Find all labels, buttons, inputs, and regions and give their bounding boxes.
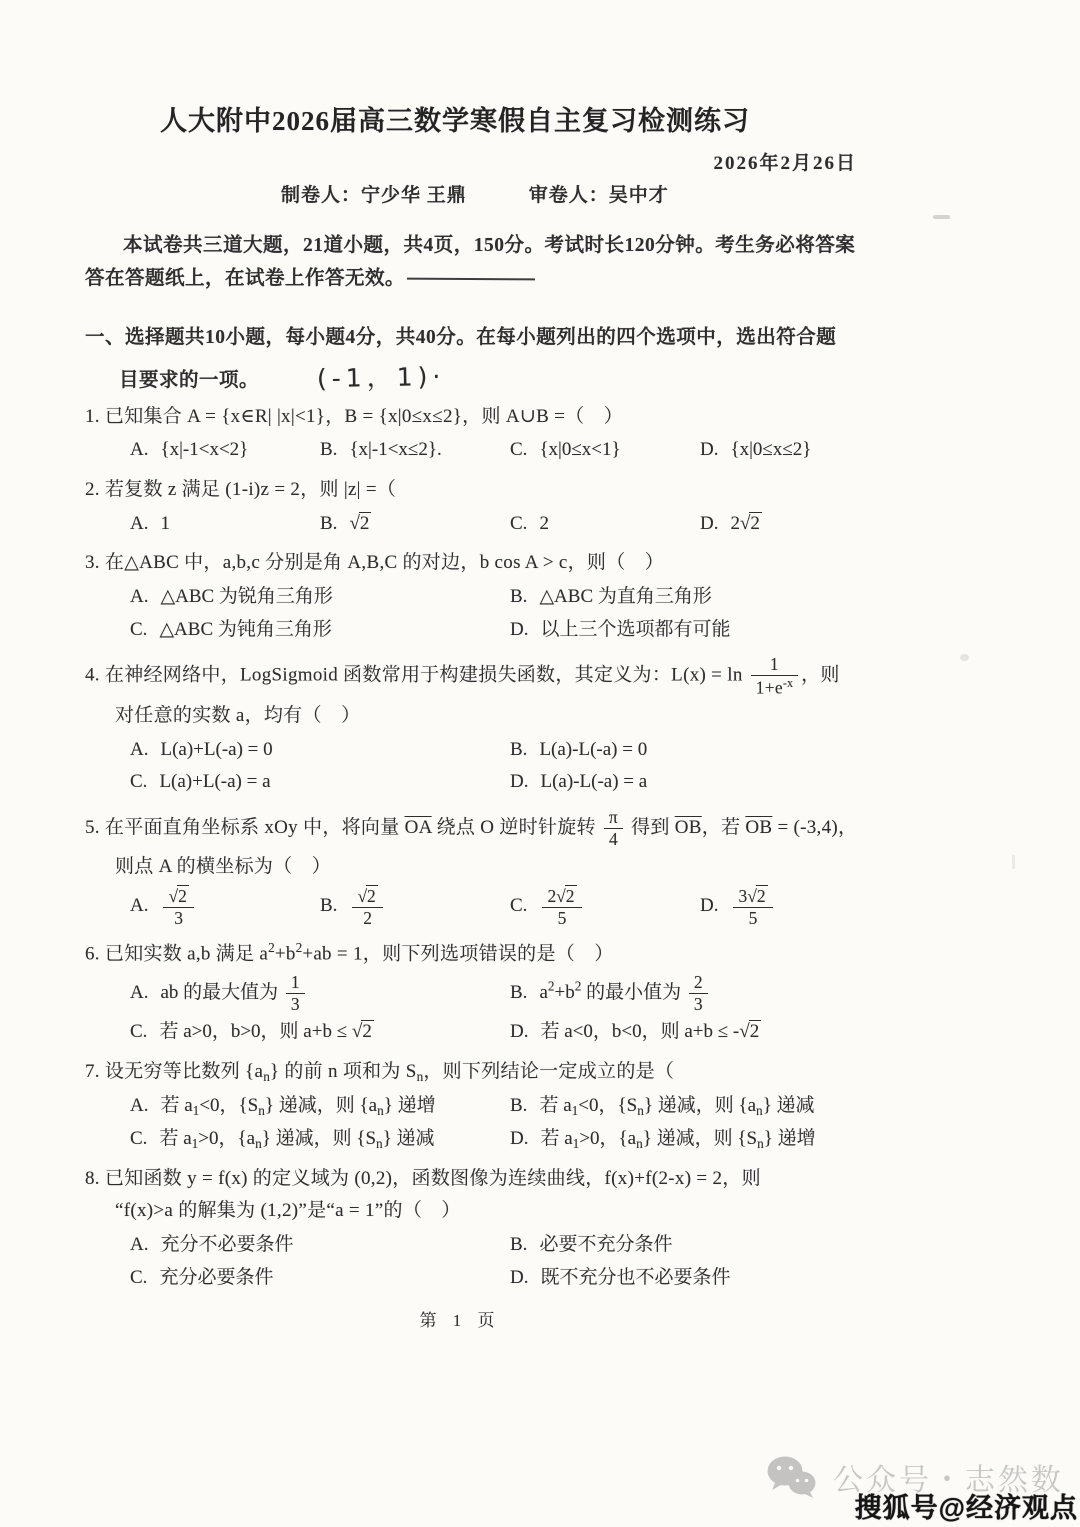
option-label: B. [510,586,527,607]
question-8-option-b: B.必要不充分条件 [510,1229,890,1262]
option-text: 若 a1<0，{Sn} 递减，则 {an} 递减 [539,1095,814,1116]
question-3-option-d: D.以上三个选项都有可能 [510,614,890,647]
option-label: B. [320,439,337,460]
scan-artifact [933,215,950,219]
question-5-option-a: A.√23 [130,885,320,930]
question-1-stem: 1. 已知集合 A = {x∈R| |x|<1}，B = {x|0≤x≤2}，则… [85,401,1005,434]
page-content: 人大附中2026届高三数学寒假自主复习检测练习 2026年2月26日 制卷人：宁… [85,104,1005,1331]
option-label: C. [130,771,147,792]
question-4-option-b: B.L(a)-L(-a) = 0 [510,734,890,767]
option-text: 充分不必要条件 [160,1234,293,1255]
option-label: A. [130,439,148,460]
question-2-options: A.1 B.√2 C.2 D.2√2 [85,508,1005,541]
question-8-options: A.充分不必要条件 B.必要不充分条件 C.充分必要条件 D.既不充分也不必要条… [85,1229,1005,1294]
question-7-stem: 7. 设无穷等比数列 {an} 的前 n 项和为 Sn，则下列结论一定成立的是（ [85,1056,1005,1089]
exam-makers: 制卷人：宁少华 王鼎 [281,180,467,207]
option-label: B. [510,739,527,760]
page-number: 第 1 页 [85,1306,1005,1331]
option-text: △ABC 为锐角三角形 [160,586,332,607]
question-5-stem-line-1: 5. 在平面直角坐标系 xOy 中，将向量 OA 绕点 O 逆时针旋转 π4 得… [85,806,1005,851]
option-text: {x|-1<x≤2}. [349,439,441,460]
section-heading-line-1: 一、选择题共10小题，每小题4分，共40分。在每小题列出的四个选项中，选出符合题 [85,320,1005,355]
option-label: A. [130,586,148,607]
option-text: 若 a>0，b>0，则 a+b ≤ √2 [159,1021,373,1042]
handwritten-underline [407,278,535,281]
option-text: 若 a1<0，{Sn} 递减，则 {an} 递增 [160,1095,435,1116]
section-one-heading: 一、选择题共10小题，每小题4分，共40分。在每小题列出的四个选项中，选出符合题… [85,320,1005,401]
question-6-option-a: A.ab 的最大值为 13 [130,971,510,1016]
question-5-options: A.√23 B.√22 C.2√25 D.3√25 [85,885,1005,930]
question-4-option-c: C.L(a)+L(-a) = a [130,766,510,799]
question-2-option-c: C.2 [510,508,700,541]
wechat-icon [765,1455,819,1499]
question-7-option-a: A.若 a1<0，{Sn} 递减，则 {an} 递增 [130,1090,510,1123]
question-5-option-c: C.2√25 [510,885,700,930]
question-8: 8. 已知函数 y = f(x) 的定义域为 (0,2)，函数图像为连续曲线，f… [85,1163,1005,1295]
question-7: 7. 设无穷等比数列 {an} 的前 n 项和为 Sn，则下列结论一定成立的是（… [85,1056,1005,1156]
option-label: B. [510,1234,527,1255]
question-3-option-a: A.△ABC 为锐角三角形 [130,581,510,614]
option-text: L(a)-L(-a) = 0 [539,739,647,760]
option-label: C. [130,1128,147,1149]
question-6-option-d: D.若 a<0，b<0，则 a+b ≤ -√2 [510,1016,890,1049]
option-text: √23 [160,895,196,916]
question-8-stem-line-2: “f(x)>a 的解集为 (1,2)”是“a = 1”的（ ） [85,1195,1005,1228]
option-label: C. [510,439,527,460]
option-label: C. [510,895,527,916]
sohu-watermark: 搜狐号@经济观点 [855,1486,1078,1525]
option-label: B. [320,895,337,916]
question-2: 2. 若复数 z 满足 (1-i)z = 2，则 |z| =（ A.1 B.√2… [85,474,1005,540]
option-text: {x|-1<x<2} [160,439,248,460]
option-text: 若 a1>0，{an} 递减，则 {Sn} 递减 [159,1128,434,1149]
question-6: 6. 已知实数 a,b 满足 a2+b2+ab = 1，则下列选项错误的是（ ）… [85,937,1005,1050]
exam-paper-page: 人大附中2026届高三数学寒假自主复习检测练习 2026年2月26日 制卷人：宁… [0,0,1080,1527]
option-text: {x|0≤x≤2} [730,439,811,460]
question-2-option-b: B.√2 [320,508,510,541]
question-1-option-b: B.{x|-1<x≤2}. [320,434,510,467]
exam-instructions: 本试卷共三道大题，21道小题，共4页，150分。考试时长120分钟。考生务必将答… [85,230,1005,296]
option-label: D. [510,1021,528,1042]
option-label: A. [130,1095,148,1116]
option-label: D. [510,619,528,640]
question-4-option-a: A.L(a)+L(-a) = 0 [130,734,510,767]
question-3-option-b: B.△ABC 为直角三角形 [510,581,890,614]
option-label: C. [130,619,147,640]
question-8-option-d: D.既不充分也不必要条件 [510,1262,890,1295]
option-text: 若 a1>0，{an} 递减，则 {Sn} 递增 [540,1128,815,1149]
handwritten-note: (-1，1)· [317,354,446,402]
question-5-option-d: D.3√25 [700,885,890,930]
option-label: C. [510,513,527,534]
instructions-line-2: 答在答题纸上，在试卷上作答无效。 [85,268,405,289]
question-4-stem-line-2: 对任意的实数 a，均有（ ） [85,700,1005,733]
option-text: ab 的最大值为 13 [160,982,307,1003]
question-3: 3. 在△ABC 中，a,b,c 分别是角 A,B,C 的对边，b cos A … [85,547,1005,646]
exam-staff-row: 制卷人：宁少华 王鼎 审卷人：吴中才 [85,180,1005,207]
option-text: a2+b2 的最小值为 23 [539,982,710,1003]
option-label: D. [510,771,528,792]
question-4: 4. 在神经网络中，LogSigmoid 函数常用于构建损失函数，其定义为：L(… [85,653,1005,799]
option-text: L(a)+L(-a) = 0 [160,739,272,760]
question-4-options: A.L(a)+L(-a) = 0 B.L(a)-L(-a) = 0 C.L(a)… [85,734,1005,799]
question-2-option-d: D.2√2 [700,508,890,541]
instructions-line-1: 本试卷共三道大题，21道小题，共4页，150分。考试时长120分钟。考生务必将答… [123,235,855,256]
question-4-option-d: D.L(a)-L(-a) = a [510,766,890,799]
option-text: 2 [539,513,549,534]
option-text: 2√2 [730,513,761,534]
question-2-stem: 2. 若复数 z 满足 (1-i)z = 2，则 |z| =（ [85,474,1005,507]
question-3-option-c: C.△ABC 为钝角三角形 [130,614,510,647]
question-1: 1. 已知集合 A = {x∈R| |x|<1}，B = {x|0≤x≤2}，则… [85,401,1005,467]
option-label: A. [130,895,148,916]
question-6-option-b: B.a2+b2 的最小值为 23 [510,971,890,1016]
exam-reviewer: 审卷人：吴中才 [529,180,669,207]
question-6-option-c: C.若 a>0，b>0，则 a+b ≤ √2 [130,1016,510,1049]
option-text: 以上三个选项都有可能 [540,619,730,640]
question-5: 5. 在平面直角坐标系 xOy 中，将向量 OA 绕点 O 逆时针旋转 π4 得… [85,806,1005,930]
question-5-option-b: B.√22 [320,885,510,930]
exam-date: 2026年2月26日 [85,148,1005,175]
question-1-option-c: C.{x|0≤x<1} [510,434,700,467]
option-text: 1 [160,513,170,534]
option-label: A. [130,982,148,1003]
question-7-options: A.若 a1<0，{Sn} 递减，则 {an} 递增 B.若 a1<0，{Sn}… [85,1090,1005,1156]
question-1-option-a: A.{x|-1<x<2} [130,434,320,467]
question-3-stem: 3. 在△ABC 中，a,b,c 分别是角 A,B,C 的对边，b cos A … [85,547,1005,580]
option-label: A. [130,1234,148,1255]
question-8-stem-line-1: 8. 已知函数 y = f(x) 的定义域为 (0,2)，函数图像为连续曲线，f… [85,1163,1005,1196]
question-1-option-d: D.{x|0≤x≤2} [700,434,890,467]
question-5-stem-line-2: 则点 A 的横坐标为（ ） [85,851,1005,884]
question-6-stem: 6. 已知实数 a,b 满足 a2+b2+ab = 1，则下列选项错误的是（ ） [85,937,1005,971]
option-label: C. [130,1267,147,1288]
option-text: √22 [349,895,385,916]
question-6-options: A.ab 的最大值为 13 B.a2+b2 的最小值为 23 C.若 a>0，b… [85,971,1005,1049]
option-text: L(a)+L(-a) = a [159,771,270,792]
option-text: 充分必要条件 [159,1267,273,1288]
option-text: △ABC 为直角三角形 [539,586,711,607]
option-text: 2√25 [539,895,584,916]
option-label: D. [700,513,718,534]
option-label: A. [130,513,148,534]
option-text: √2 [349,513,371,534]
page-title: 人大附中2026届高三数学寒假自主复习检测练习 [85,104,1005,139]
question-7-option-b: B.若 a1<0，{Sn} 递减，则 {an} 递减 [510,1090,890,1123]
option-text: 3√25 [730,895,775,916]
option-label: D. [700,439,718,460]
option-label: B. [320,513,337,534]
option-label: A. [130,739,148,760]
question-8-option-c: C.充分必要条件 [130,1262,510,1295]
option-label: D. [510,1128,528,1149]
question-7-option-d: D.若 a1>0，{an} 递减，则 {Sn} 递增 [510,1123,890,1156]
question-2-option-a: A.1 [130,508,320,541]
question-3-options: A.△ABC 为锐角三角形 B.△ABC 为直角三角形 C.△ABC 为钝角三角… [85,581,1005,646]
question-4-stem-line-1: 4. 在神经网络中，LogSigmoid 函数常用于构建损失函数，其定义为：L(… [85,653,1005,700]
option-text: △ABC 为钝角三角形 [159,619,331,640]
option-label: D. [700,895,718,916]
scan-artifact [1012,855,1015,869]
question-8-option-a: A.充分不必要条件 [130,1229,510,1262]
option-text: 既不充分也不必要条件 [540,1267,730,1288]
option-text: 必要不充分条件 [539,1234,672,1255]
question-1-options: A.{x|-1<x<2} B.{x|-1<x≤2}. C.{x|0≤x<1} D… [85,434,1005,467]
section-heading-line-2: 目要求的一项。(-1，1)· [85,355,1005,401]
option-text: L(a)-L(-a) = a [540,771,647,792]
option-label: B. [510,982,527,1003]
question-7-option-c: C.若 a1>0，{an} 递减，则 {Sn} 递减 [130,1123,510,1156]
scan-artifact [960,654,969,661]
option-label: C. [130,1021,147,1042]
option-label: B. [510,1095,527,1116]
option-text: 若 a<0，b<0，则 a+b ≤ -√2 [540,1021,761,1042]
option-text: {x|0≤x<1} [539,439,620,460]
option-label: D. [510,1267,528,1288]
